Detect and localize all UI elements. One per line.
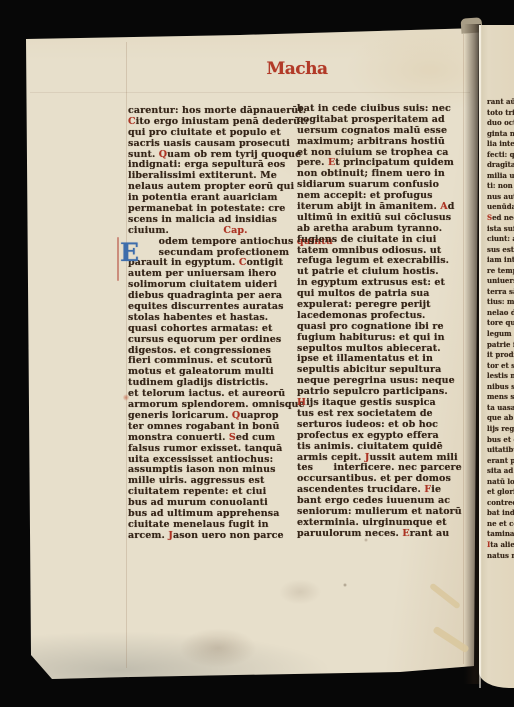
facing-text-line: sita ad or <box>487 466 514 477</box>
illuminated-initial: E <box>120 240 139 265</box>
facing-text-line: tius: me <box>487 297 514 308</box>
facing-text-line: lestis ma <box>487 371 514 382</box>
facing-text-line: natus mē <box>487 551 514 562</box>
facing-text-line: milia uīc <box>487 171 514 182</box>
text-line: cursus equorum per ordines <box>128 335 290 346</box>
facing-text-line: sus est et <box>487 245 514 256</box>
facing-text-line: re templū <box>487 266 514 277</box>
running-title: Macha <box>252 59 342 79</box>
facing-page: rant aūttoto triduo octoginta milia inte… <box>479 25 514 688</box>
facing-text-line: tore qui <box>487 318 514 329</box>
red-margin-mark <box>123 394 129 401</box>
facing-text-line: ta uasa <box>487 403 514 414</box>
facing-text-line: bat indig <box>487 508 514 519</box>
facing-text-line: lijs regi <box>487 424 514 435</box>
facing-page-edge <box>479 25 481 688</box>
facing-text-line: tor et sce <box>487 361 514 372</box>
text-line: monstra conuerti. Sed cum <box>128 433 290 444</box>
manuscript-photo: Macha carentur: hos morte dāpnauerūt.Cit… <box>0 0 514 707</box>
facing-text-line: taminabat. <box>487 529 514 540</box>
facing-text-line: Ita alie <box>487 540 514 551</box>
facing-text-line: ti: non mi <box>487 181 514 192</box>
text-line: maximum; arbitrans hostiū <box>297 137 464 148</box>
facing-text-line: ginta mi <box>487 129 514 140</box>
facing-text-line: patrie fu <box>487 340 514 351</box>
facing-text-line: uniuersa <box>487 276 514 287</box>
text-line: sacris uasis causam prosecuti <box>128 139 290 150</box>
text-column-right: bat in cede ciuibus suis: neccogitabat p… <box>297 104 464 540</box>
facing-text-line: nelao duc <box>487 308 514 319</box>
facing-text-line: mens sāc <box>487 392 514 403</box>
text-line: falsus rumor exisset. tanquā <box>128 444 290 455</box>
ruling-line-left <box>126 42 127 668</box>
facing-text-line: nus autē <box>487 192 514 203</box>
facing-text-line: ne et cō <box>487 519 514 530</box>
text-line: arcem. Jason uero non parce <box>128 531 290 542</box>
facing-text-line: natū loci <box>487 477 514 488</box>
facing-text-line: terra sāc <box>487 287 514 298</box>
facing-text-line: et gloriā <box>487 487 514 498</box>
initial-penwork-flourish <box>117 237 119 281</box>
facing-page-text: rant aūttoto triduo octoginta milia inte… <box>487 97 514 563</box>
text-column-left: carentur: hos morte dāpnauerūt.Cito ergo… <box>128 106 290 542</box>
facing-text-line: contrecta <box>487 498 514 509</box>
facing-text-line: que ab a <box>487 413 514 424</box>
text-line: tis animis. ciuitatem quidē <box>297 442 464 453</box>
facing-text-line: uenūdati. <box>487 202 514 213</box>
facing-text-line: it prodi <box>487 350 514 361</box>
facing-text-line: dragīta <box>487 160 514 171</box>
text-line: fugiens de ciuitate in ciui <box>297 235 464 246</box>
facing-text-line: rant aūt <box>487 97 514 108</box>
facing-text-line: toto tri <box>487 108 514 119</box>
facing-text-line: erant po <box>487 456 514 467</box>
facing-text-line: Sed nec <box>487 213 514 224</box>
facing-text-line: nibus su <box>487 382 514 393</box>
facing-text-line: lia inter <box>487 139 514 150</box>
facing-text-line: ista suffi <box>487 224 514 235</box>
text-line: profectus ex egypto effera <box>297 431 464 442</box>
facing-text-line: ciunt: au <box>487 234 514 245</box>
text-line: paruulorum neces. Erant au <box>297 529 464 540</box>
facing-text-line: bus et ci <box>487 435 514 446</box>
facing-text-line: uitatibus <box>487 445 514 456</box>
facing-text-line: fecti: qua <box>487 150 514 161</box>
text-line: fugium habiturus: et qui in <box>297 333 464 344</box>
facing-text-line: duo octo <box>487 118 514 129</box>
parchment-crease <box>30 92 470 93</box>
text-line: odem tempore antiochus quintū <box>128 237 290 248</box>
facing-text-line: legum et <box>487 329 514 340</box>
facing-text-line: iam intra <box>487 255 514 266</box>
